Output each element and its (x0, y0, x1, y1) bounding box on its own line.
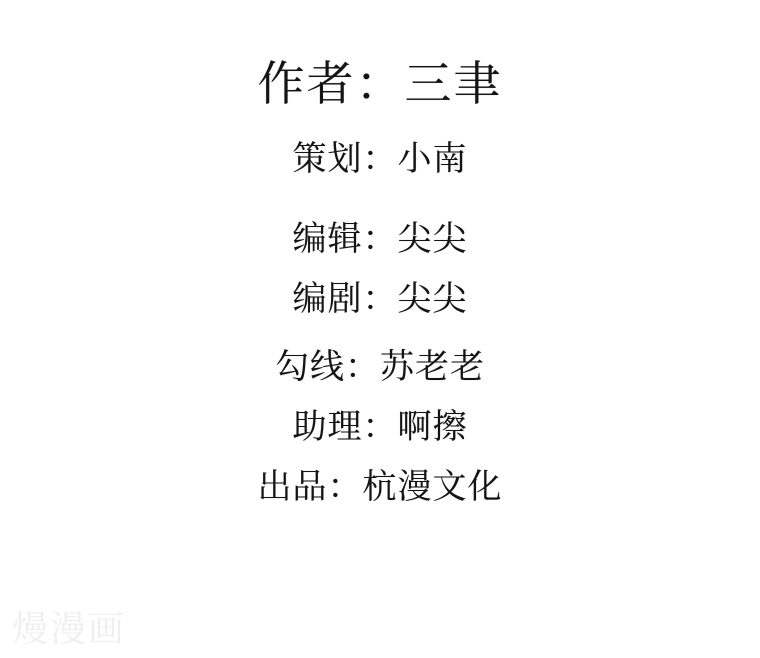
credit-line-author: 作者：三聿 (258, 56, 503, 112)
credit-line-producer: 出品：杭漫文化 (258, 466, 503, 508)
credits-list: 作者：三聿 策划：小南 编辑：尖尖 编剧：尖尖 勾线：苏老老 助理：啊擦 出品：… (0, 0, 760, 508)
credit-line-planner: 策划：小南 (293, 138, 468, 180)
site-watermark: 熳漫画 (12, 610, 126, 648)
credit-line-assistant: 助理：啊擦 (293, 406, 468, 448)
credit-line-screenwriter: 编剧：尖尖 (293, 278, 468, 320)
credit-line-editor: 编辑：尖尖 (293, 218, 468, 260)
credit-line-lineart: 勾线：苏老老 (275, 346, 485, 388)
comic-credits-page: 作者：三聿 策划：小南 编辑：尖尖 编剧：尖尖 勾线：苏老老 助理：啊擦 出品：… (0, 0, 760, 658)
